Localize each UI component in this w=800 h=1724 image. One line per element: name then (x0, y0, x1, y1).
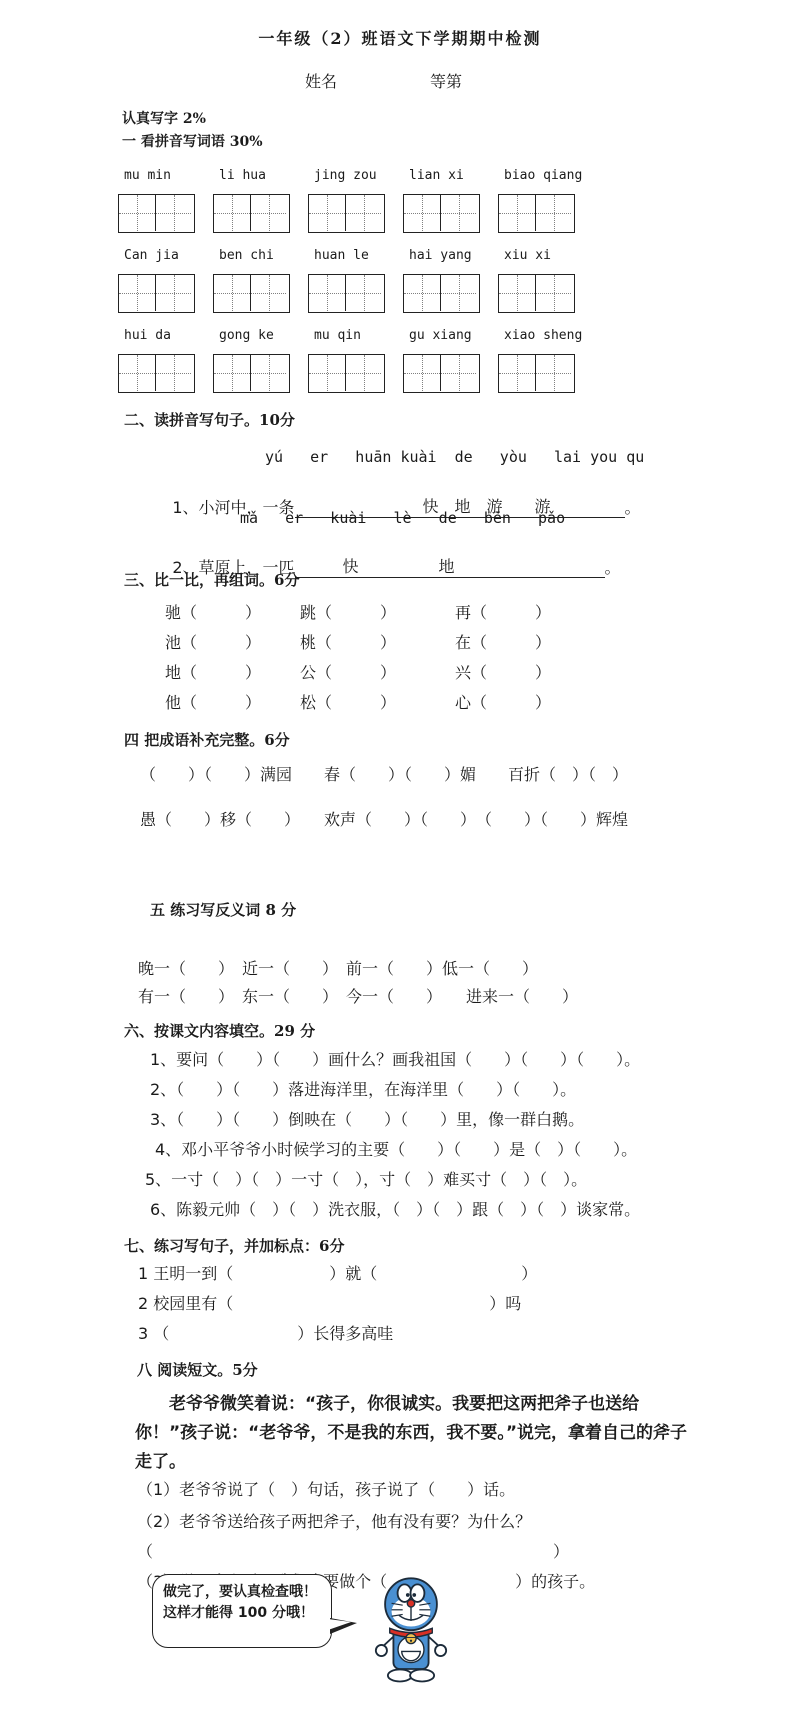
pinyin-row-2: Can jia ben chi huan le hai yang xiu xi (118, 248, 700, 313)
grid-cell (440, 355, 476, 391)
pinyin-label: xiao sheng (498, 328, 574, 345)
pinyin-word-col: ben chi (213, 248, 289, 313)
grid-cell (119, 355, 155, 391)
name-label: 姓名 (305, 69, 337, 92)
sentence-item: 1 王明一到（ ）就（ ） (138, 1264, 700, 1284)
section-8-heading: 八 阅读短文。5分 (137, 1359, 700, 1380)
section-5-heading: 五 练习写反义词 8 分 (150, 899, 700, 920)
sentence-1-period: 。 (625, 498, 641, 517)
grade-label: 等第 (430, 69, 462, 92)
grid-cell (250, 355, 286, 391)
fill-item: 3、（ ）（ ）倒映在（ ）（ ）里，像一群白鹅。 (150, 1110, 700, 1130)
grid-cell (250, 275, 286, 311)
fill-item: 4、邓小平爷爷小时候学习的主要（ ）（ ）是（ ）（ ）。 (155, 1140, 700, 1160)
writing-grid (308, 354, 385, 393)
grid-cell (404, 195, 440, 231)
pinyin-label: hui da (118, 328, 194, 345)
grid-cell (155, 355, 191, 391)
pinyin-row-1: mu min li hua jing zou lian xi biao qian… (118, 168, 700, 233)
pinyin-word-col: mu min (118, 168, 194, 233)
doraemon-mascot-icon (374, 1574, 448, 1690)
fill-item: 5、一寸（ ）（ ）一寸（ ），寸（ ）难买寸（ ）（ ）。 (145, 1170, 700, 1190)
reading-q2-blank: （ ） (137, 1542, 700, 1562)
writing-grid (403, 194, 480, 233)
writing-grid (213, 354, 290, 393)
pinyin-label: mu min (118, 168, 194, 185)
writing-grid (498, 194, 575, 233)
fill-item: 2、（ ）（ ）落进海洋里，在海洋里（ ）（ ）。 (150, 1080, 700, 1100)
section-2-heading: 二、读拼音写句子。10分 (124, 409, 700, 430)
compare-row: 池（ ） 桃（ ） 在（ ） (165, 630, 700, 650)
pinyin-label: mu qin (308, 328, 384, 345)
fill-item: 1、要问（ ）（ ）画什么？画我祖国（ ）（ ）（ ）。 (150, 1050, 700, 1070)
writing-grid (118, 194, 195, 233)
exam-paper: 一年级（2）班语文下学期期中检测 姓名 等第 认真写字 2% 一 看拼音写词语 … (0, 0, 800, 1592)
pinyin-label: jing zou (308, 168, 384, 185)
compare-cell: 心（ ） (455, 690, 700, 710)
sentence-item: 3 （ ）长得多高哇 (138, 1324, 700, 1344)
grid-cell (214, 195, 250, 231)
pinyin-word-col: xiu xi (498, 248, 574, 313)
careful-writing-note: 认真写字 2% (122, 108, 700, 128)
answer-blank: 快 地 (295, 554, 605, 578)
grid-cell (499, 355, 535, 391)
pinyin-label: xiu xi (498, 248, 574, 265)
compare-cell: 驰（ ） (165, 600, 300, 620)
pinyin-word-col: mu qin (308, 328, 384, 393)
grid-cell (155, 275, 191, 311)
grid-cell (499, 195, 535, 231)
grid-cell (404, 275, 440, 311)
compare-row: 驰（ ） 跳（ ） 再（ ） (165, 600, 700, 620)
grid-cell (214, 275, 250, 311)
grid-cell (404, 355, 440, 391)
reading-passage: 老爷爷微笑着说：“孩子，你很诚实。我要把这两把斧子也送给你！”孩子说：“老爷爷，… (135, 1390, 700, 1477)
pinyin-label: lian xi (403, 168, 479, 185)
pinyin-label: li hua (213, 168, 289, 185)
compare-cell: 再（ ） (455, 600, 700, 620)
writing-grid (308, 194, 385, 233)
pinyin-label: ben chi (213, 248, 289, 265)
grid-cell (214, 355, 250, 391)
grid-cell (345, 195, 381, 231)
sentence-1: 1、小河中，一条 快 地 游 游 。 (152, 475, 700, 497)
writing-grid (118, 354, 195, 393)
pinyin-word-col: huan le (308, 248, 384, 313)
writing-grid (308, 274, 385, 313)
section-6-heading: 六、按课文内容填空。29 分 (124, 1020, 700, 1041)
writing-grid (498, 354, 575, 393)
pinyin-word-col: Can jia (118, 248, 194, 313)
compare-cell: 他（ ） (165, 690, 300, 710)
grid-cell (345, 355, 381, 391)
sentence-2: 2、草原上，一匹 快 地 。 (152, 535, 700, 557)
grid-cell (440, 275, 476, 311)
grid-cell (535, 275, 571, 311)
pinyin-word-col: gong ke (213, 328, 289, 393)
writing-grid (403, 354, 480, 393)
pinyin-word-col: xiao sheng (498, 328, 574, 393)
section-7-heading: 七、练习写句子，并加标点：6分 (124, 1235, 700, 1256)
compare-cell: 桃（ ） (300, 630, 455, 650)
section-1-heading: 一 看拼音写词语 30% (122, 131, 700, 151)
grid-cell (309, 355, 345, 391)
pinyin-label: gong ke (213, 328, 289, 345)
pinyin-label: hai yang (403, 248, 479, 265)
sentence-item: 2 校园里有（ ）吗 (138, 1294, 700, 1314)
grid-cell (440, 195, 476, 231)
compare-cell: 在（ ） (455, 630, 700, 650)
grid-cell (155, 195, 191, 231)
grid-cell (345, 275, 381, 311)
fill-item: 6、陈毅元帅（ ）（ ）洗衣服，（ ）（ ）跟（ ）（ ）谈家常。 (150, 1200, 700, 1220)
sentence-2-period: 。 (605, 558, 621, 577)
grid-cell (119, 275, 155, 311)
antonym-line-2: 有一（ ） 东一（ ） 今一（ ） 进来一（ ） (138, 987, 700, 1007)
exam-title: 一年级（2）班语文下学期期中检测 (100, 0, 700, 49)
grid-cell (535, 355, 571, 391)
reading-q2: （2）老爷爷送给孩子两把斧子，他有没有要？为什么？ (137, 1512, 700, 1532)
compare-cell: 公（ ） (300, 660, 455, 680)
pinyin-label: Can jia (118, 248, 194, 265)
writing-grid (213, 194, 290, 233)
pinyin-label: huan le (308, 248, 384, 265)
idiom-line-2: 愚（ ）移（ ） 欢声（ ）（ ） （ ）（ ）辉煌 (140, 810, 700, 830)
reminder-text: 做完了，要认真检查哦！这样才能得 100 分哦！ (163, 1584, 317, 1621)
grid-cell (250, 195, 286, 231)
antonym-line-1: 晚一（ ） 近一（ ） 前一（ ）低一（ ） (138, 959, 700, 979)
compare-cell: 跳（ ） (300, 600, 455, 620)
pinyin-word-col: biao qiang (498, 168, 574, 233)
writing-grid (118, 274, 195, 313)
grid-cell (535, 195, 571, 231)
compare-cell: 地（ ） (165, 660, 300, 680)
pinyin-word-col: lian xi (403, 168, 479, 233)
grid-cell (499, 275, 535, 311)
compare-cell: 松（ ） (300, 690, 455, 710)
writing-grid (498, 274, 575, 313)
idiom-line-1: （ ）（ ）满园 春（ ）（ ）媚 百折（ ）（ ） (140, 765, 700, 785)
grid-cell (119, 195, 155, 231)
reading-q1: （1）老爷爷说了（ ）句话，孩子说了（ ）话。 (137, 1480, 700, 1500)
pinyin-word-col: li hua (213, 168, 289, 233)
compare-row: 地（ ） 公（ ） 兴（ ） (165, 660, 700, 680)
footer: 做完了，要认真检查哦！这样才能得 100 分哦！ (0, 1572, 800, 1724)
grid-cell (309, 195, 345, 231)
pinyin-label: biao qiang (498, 168, 574, 185)
pinyin-word-col: gu xiang (403, 328, 479, 393)
pinyin-label: gu xiang (403, 328, 479, 345)
name-grade-line: 姓名 等第 (305, 69, 700, 92)
writing-grid (403, 274, 480, 313)
pinyin-word-col: jing zou (308, 168, 384, 233)
section-4-heading: 四 把成语补充完整。6分 (124, 729, 700, 750)
grid-cell (309, 275, 345, 311)
pinyin-word-col: hai yang (403, 248, 479, 313)
pinyin-row-3: hui da gong ke mu qin gu xiang xiao shen… (118, 328, 700, 393)
compare-row: 他（ ） 松（ ） 心（ ） (165, 690, 700, 710)
pinyin-sentence-1: yú er huān kuài de yòu lai you qu (265, 449, 700, 465)
compare-cell: 池（ ） (165, 630, 300, 650)
reminder-bubble: 做完了，要认真检查哦！这样才能得 100 分哦！ (152, 1574, 332, 1648)
writing-grid (213, 274, 290, 313)
compare-cell: 兴（ ） (455, 660, 700, 680)
pinyin-word-col: hui da (118, 328, 194, 393)
